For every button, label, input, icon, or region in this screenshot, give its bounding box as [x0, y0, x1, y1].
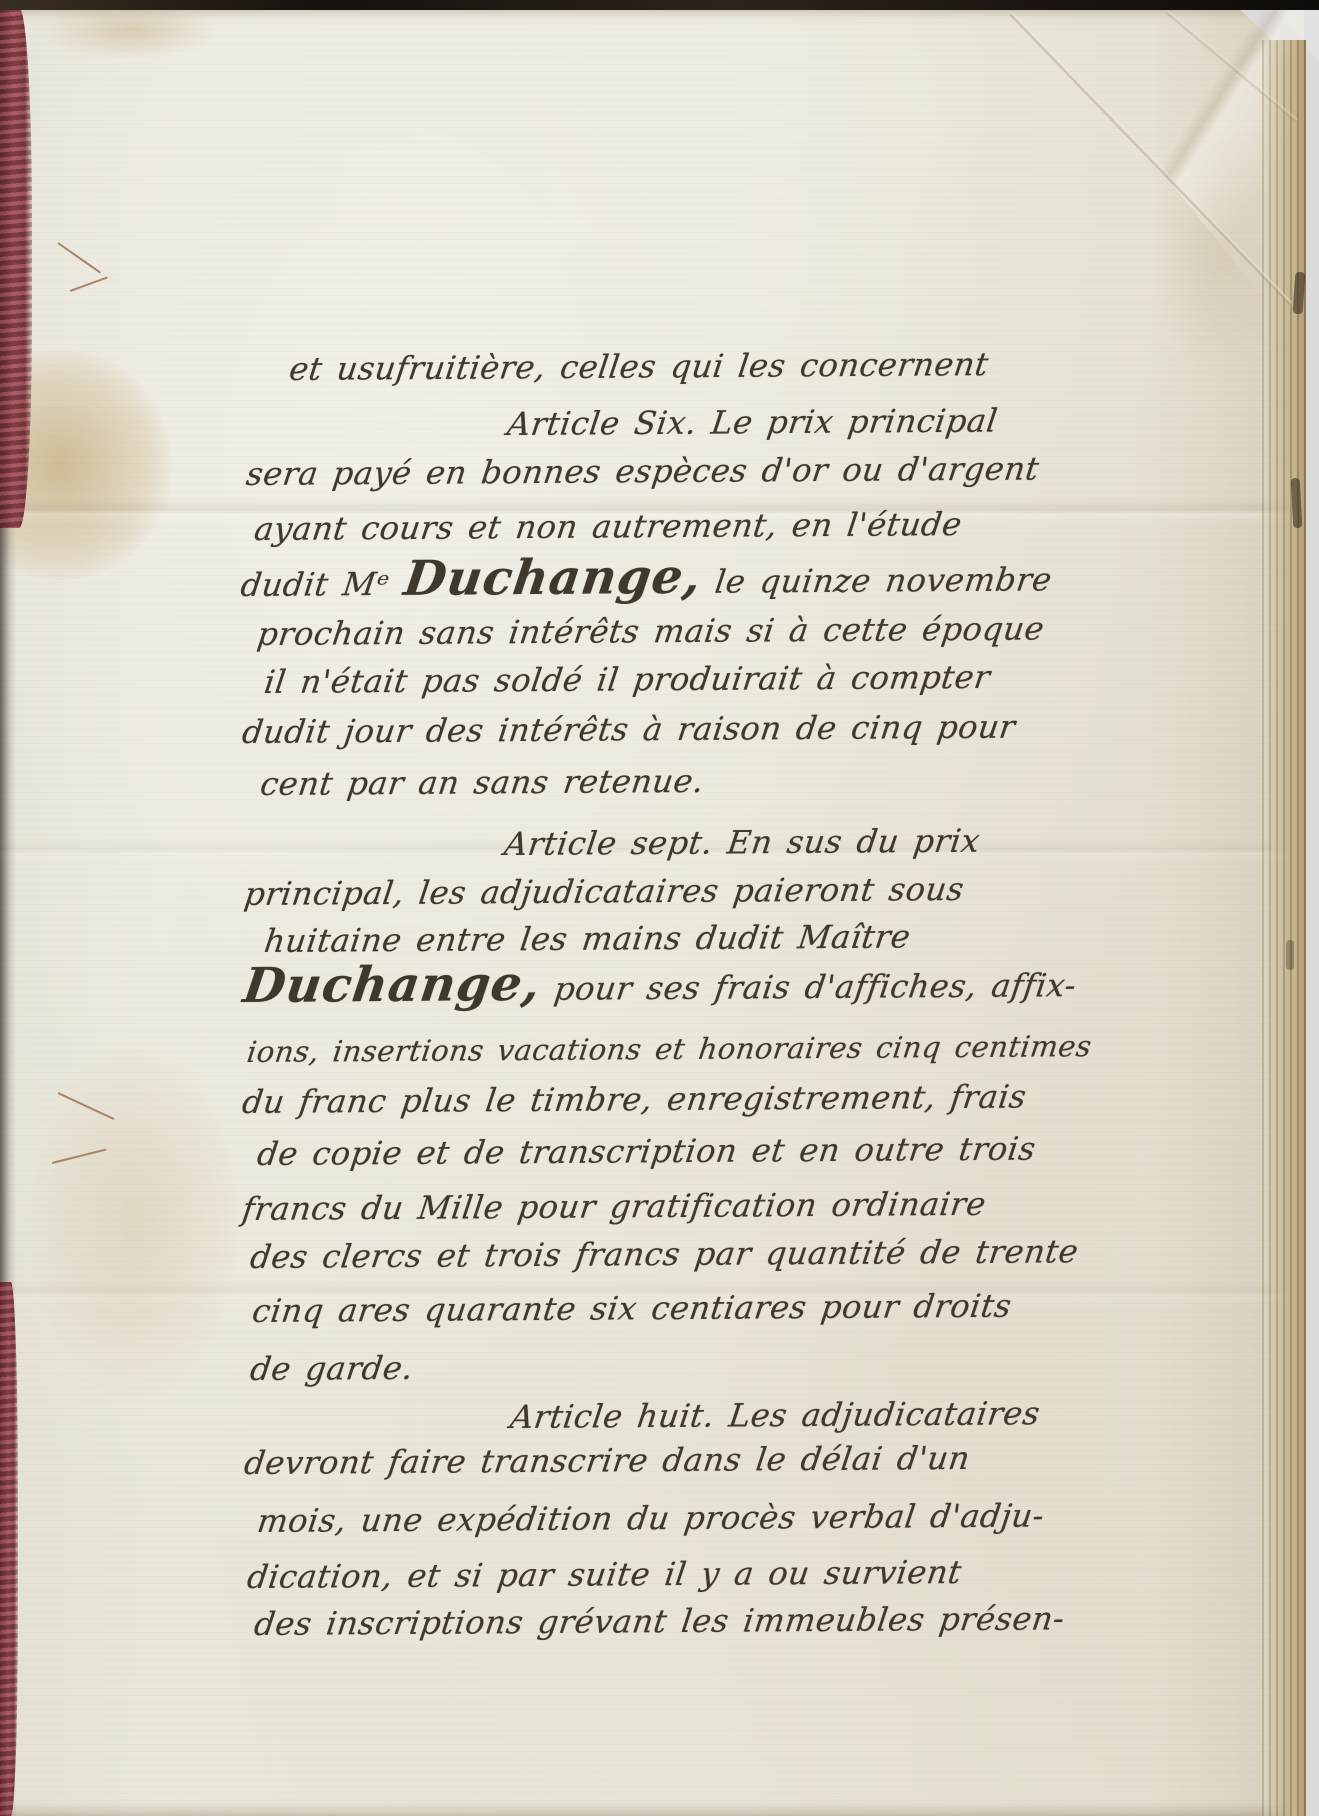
handwritten-line: ions, insertions vacations et honoraires… — [245, 1029, 1094, 1069]
line-part: pour ses frais d'affiches, affix- — [537, 966, 1078, 1008]
handwritten-line: du franc plus le timbre, enregistrement,… — [240, 1078, 1029, 1121]
handwritten-line: et usufruitière, celles qui les concerne… — [287, 345, 991, 388]
name-duchange: Duchange, — [401, 549, 705, 607]
handwritten-line: francs du Mille pour gratification ordin… — [240, 1185, 988, 1228]
handwritten-line: des clercs et trois francs par quantité … — [248, 1232, 1081, 1276]
scanner-edge-strip — [0, 0, 1319, 10]
handwritten-line: dication, et si par suite il y a ou surv… — [245, 1553, 964, 1596]
manuscript-text: et usufruitière, celles qui les concerne… — [0, 0, 1319, 1816]
scanned-document-page: { "document": { "kind": "handwritten man… — [0, 0, 1319, 1816]
handwritten-line: de garde. — [248, 1349, 416, 1388]
handwritten-line: devront faire transcrire dans le délai d… — [242, 1439, 972, 1482]
handwritten-line-article-heading: Article sept. En sus du prix — [502, 822, 982, 863]
handwritten-line: mois, une expédition du procès verbal d'… — [255, 1497, 1047, 1540]
line-part: dudit Mᵉ — [239, 565, 407, 604]
handwritten-line-article-heading: Article Six. Le prix principal — [505, 402, 1000, 443]
handwritten-line: cinq ares quarante six centiares pour dr… — [250, 1287, 1014, 1330]
handwritten-line: cent par an sans retenue. — [258, 762, 706, 803]
handwritten-line: sera payé en bonnes espèces d'or ou d'ar… — [244, 449, 1042, 493]
handwritten-line: des inscriptions grévant les immeubles p… — [252, 1599, 1067, 1643]
handwritten-line: il n'était pas soldé il produirait à com… — [262, 658, 993, 701]
handwritten-line: de copie et de transcription et en outre… — [255, 1130, 1038, 1173]
handwritten-line: dudit jour des intérêts à raison de cinq… — [240, 708, 1018, 751]
handwritten-line-article-heading: Article huit. Les adjudicataires — [508, 1394, 1042, 1436]
handwritten-line: prochain sans intérêts mais si à cette é… — [255, 610, 1047, 653]
handwritten-line: dudit Mᵉ Duchange, le quinze novembre — [238, 546, 1056, 608]
name-duchange: Duchange, — [240, 956, 544, 1014]
line-part: le quinze novembre — [698, 560, 1054, 600]
handwritten-line: Duchange, pour ses frais d'affiches, aff… — [240, 952, 1081, 1014]
handwritten-line: principal, les adjudicataires paieront s… — [242, 870, 966, 913]
handwritten-line: ayant cours et non autrement, en l'étude — [252, 505, 964, 548]
